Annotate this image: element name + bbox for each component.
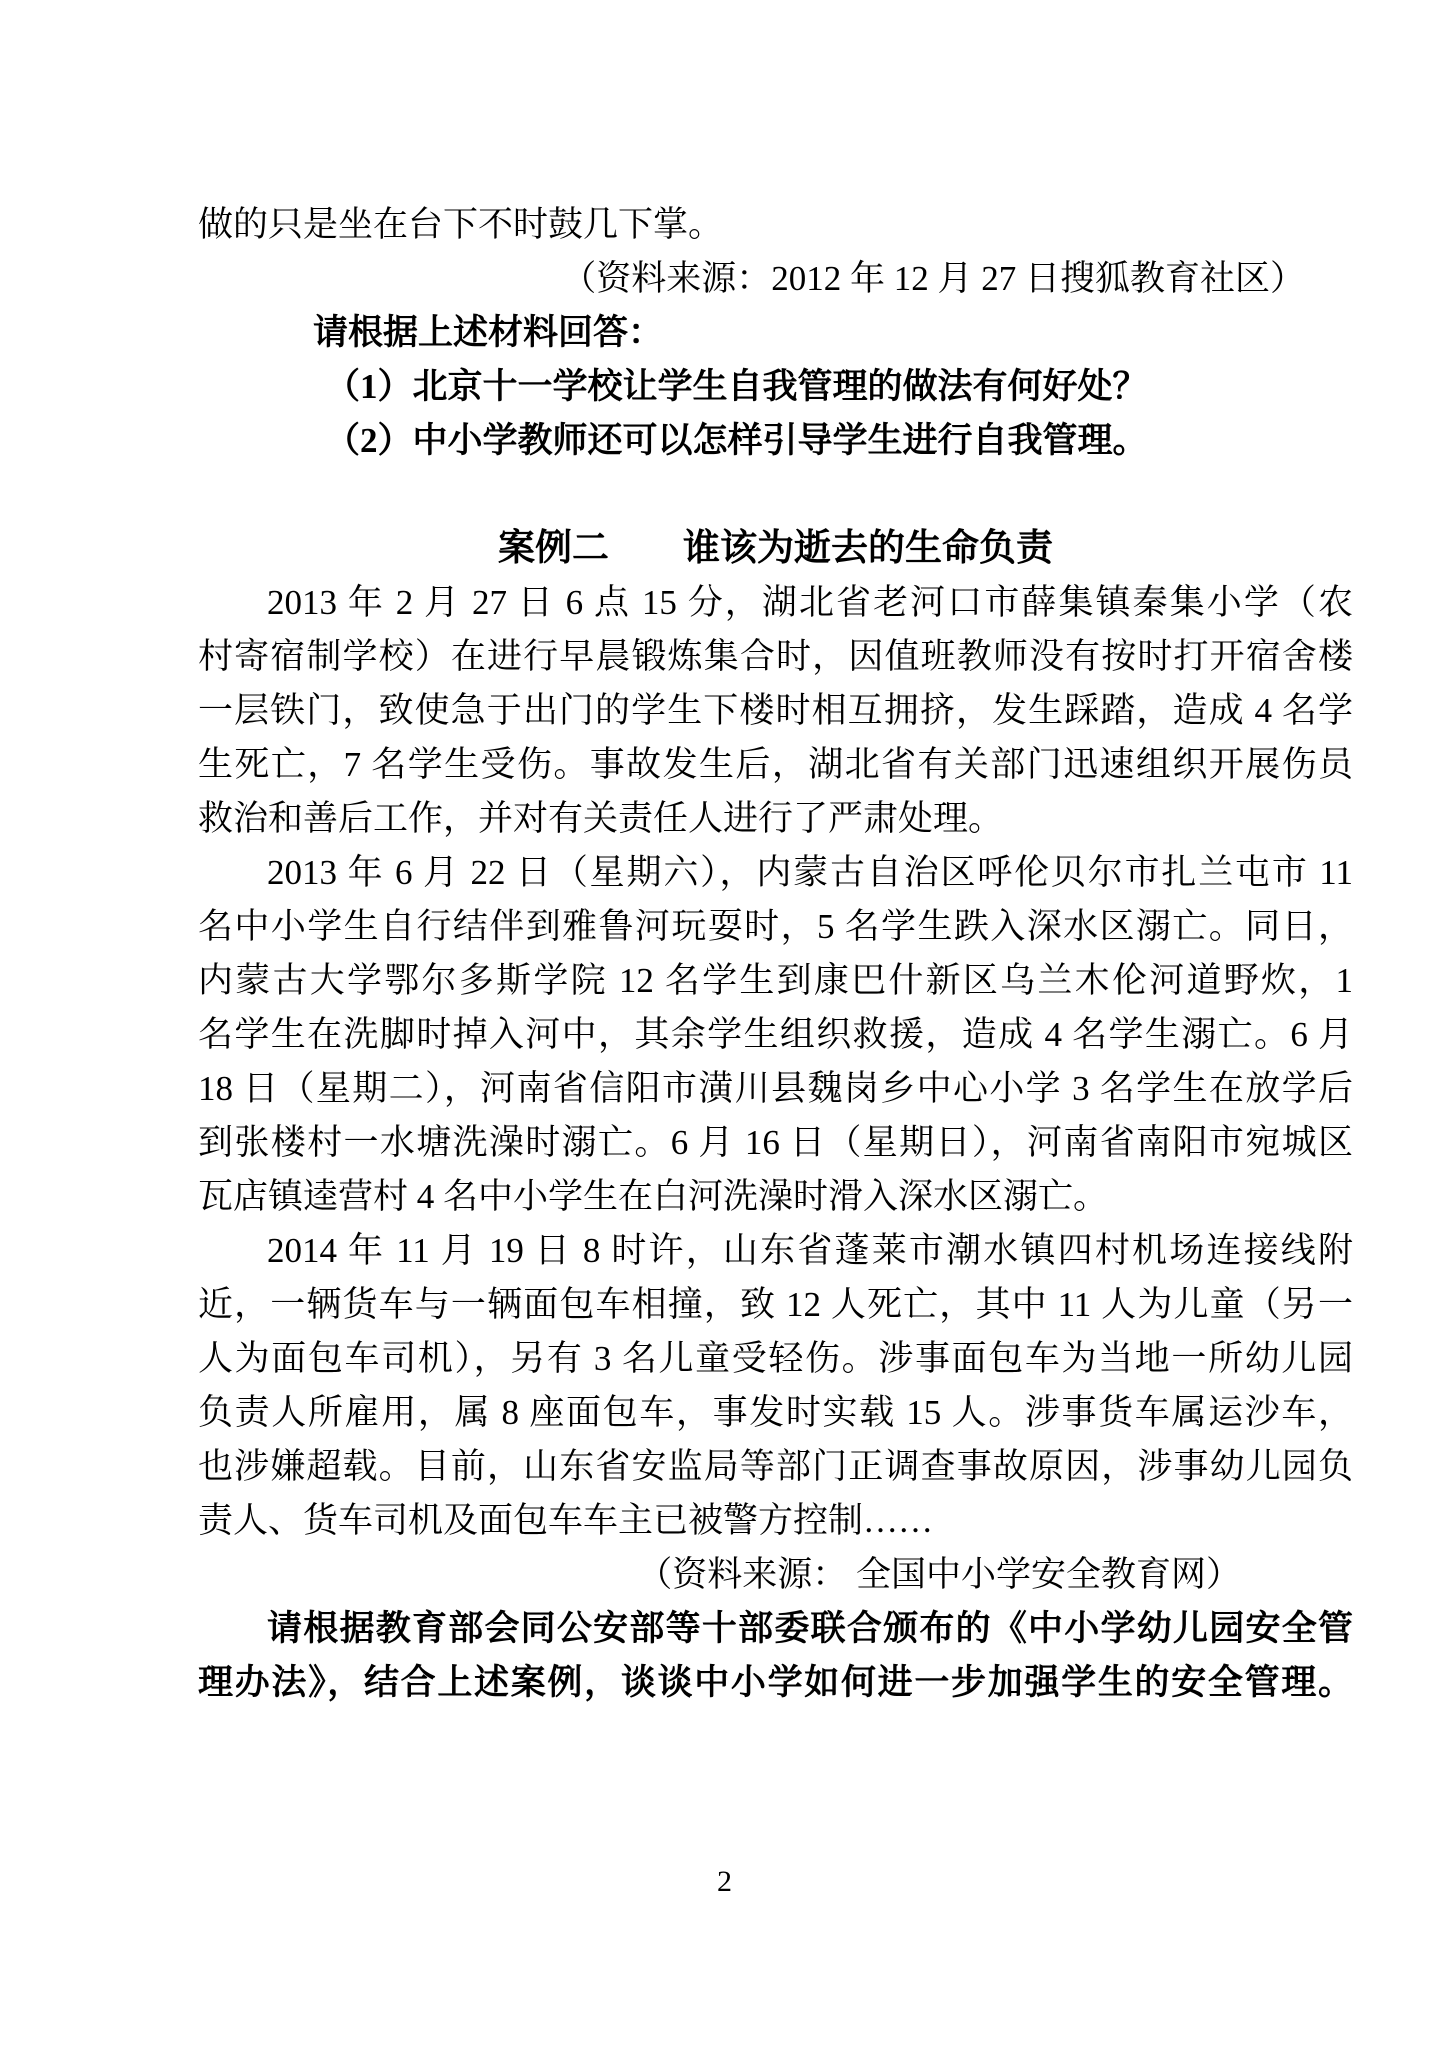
case2-para2-line: 2013 年 6 月 22 日（星期六），内蒙古自治区呼伦贝尔市扎兰屯市 11 — [198, 846, 1353, 900]
case2-para1-line: 2013 年 2 月 27 日 6 点 15 分，湖北省老河口市薛集镇秦集小学（… — [198, 576, 1353, 630]
case2-para1-line: 救治和善后工作，并对有关责任人进行了严肃处理。 — [198, 792, 1353, 846]
case2-para3-line: 人为面包车司机），另有 3 名儿童受轻伤。涉事面包车为当地一所幼儿园 — [198, 1332, 1353, 1386]
case2-heading: 案例二 谁该为逝去的生命负责 — [198, 522, 1353, 576]
case2-para1-line: 一层铁门，致使急于出门的学生下楼时相互拥挤，发生踩踏，造成 4 名学 — [198, 684, 1353, 738]
page-number: 2 — [0, 1862, 1449, 1902]
case2-para3-line: 近，一辆货车与一辆面包车相撞，致 12 人死亡，其中 11 人为儿童（另一 — [198, 1278, 1353, 1332]
source-citation-2: （资料来源： 全国中小学安全教育网） — [198, 1548, 1353, 1602]
case2-para2-line: 名中小学生自行结伴到雅鲁河玩耍时，5 名学生跌入深水区溺亡。同日， — [198, 900, 1353, 954]
case2-para2-line: 瓦店镇逵营村 4 名中小学生在白河洗澡时滑入深水区溺亡。 — [198, 1170, 1353, 1224]
question-item-1: （1）北京十一学校让学生自我管理的做法有何好处？ — [198, 360, 1353, 414]
case2-para3-line: 2014 年 11 月 19 日 8 时许，山东省蓬莱市潮水镇四村机场连接线附 — [198, 1224, 1353, 1278]
case2-para1-line: 村寄宿制学校）在进行早晨锻炼集合时，因值班教师没有按时打开宿舍楼 — [198, 630, 1353, 684]
case2-para3-line: 责人、货车司机及面包车车主已被警方控制…… — [198, 1494, 1353, 1548]
case2-para2-line: 名学生在洗脚时掉入河中，其余学生组织救援，造成 4 名学生溺亡。6 月 — [198, 1008, 1353, 1062]
case2-para2-line: 18 日（星期二），河南省信阳市潢川县魏岗乡中心小学 3 名学生在放学后 — [198, 1062, 1353, 1116]
case2-para2-line: 内蒙古大学鄂尔多斯学院 12 名学生到康巴什新区乌兰木伦河道野炊，1 — [198, 954, 1353, 1008]
case2-para1-line: 生死亡，7 名学生受伤。事故发生后，湖北省有关部门迅速组织开展伤员 — [198, 738, 1353, 792]
paragraph-end-line: 做的只是坐在台下不时鼓几下掌。 — [198, 198, 1353, 252]
case2-para3-line: 也涉嫌超载。目前，山东省安监局等部门正调查事故原因，涉事幼儿园负 — [198, 1440, 1353, 1494]
question-prompt: 请根据上述材料回答： — [198, 306, 1353, 360]
case2-para3-line: 负责人所雇用，属 8 座面包车，事发时实载 15 人。涉事货车属运沙车， — [198, 1386, 1353, 1440]
document-body: 做的只是坐在台下不时鼓几下掌。 （资料来源：2012 年 12 月 27 日搜狐… — [198, 198, 1353, 1710]
final-question-line: 理办法》，结合上述案例，谈谈中小学如何进一步加强学生的安全管理。 — [198, 1656, 1353, 1710]
case2-para2-line: 到张楼村一水塘洗澡时溺亡。6 月 16 日（星期日），河南省南阳市宛城区 — [198, 1116, 1353, 1170]
document-page: 做的只是坐在台下不时鼓几下掌。 （资料来源：2012 年 12 月 27 日搜狐… — [0, 0, 1449, 2048]
source-citation-1: （资料来源：2012 年 12 月 27 日搜狐教育社区） — [198, 252, 1353, 306]
final-question-line: 请根据教育部会同公安部等十部委联合颁布的《中小学幼儿园安全管 — [198, 1602, 1353, 1656]
question-item-2: （2）中小学教师还可以怎样引导学生进行自我管理。 — [198, 414, 1353, 468]
